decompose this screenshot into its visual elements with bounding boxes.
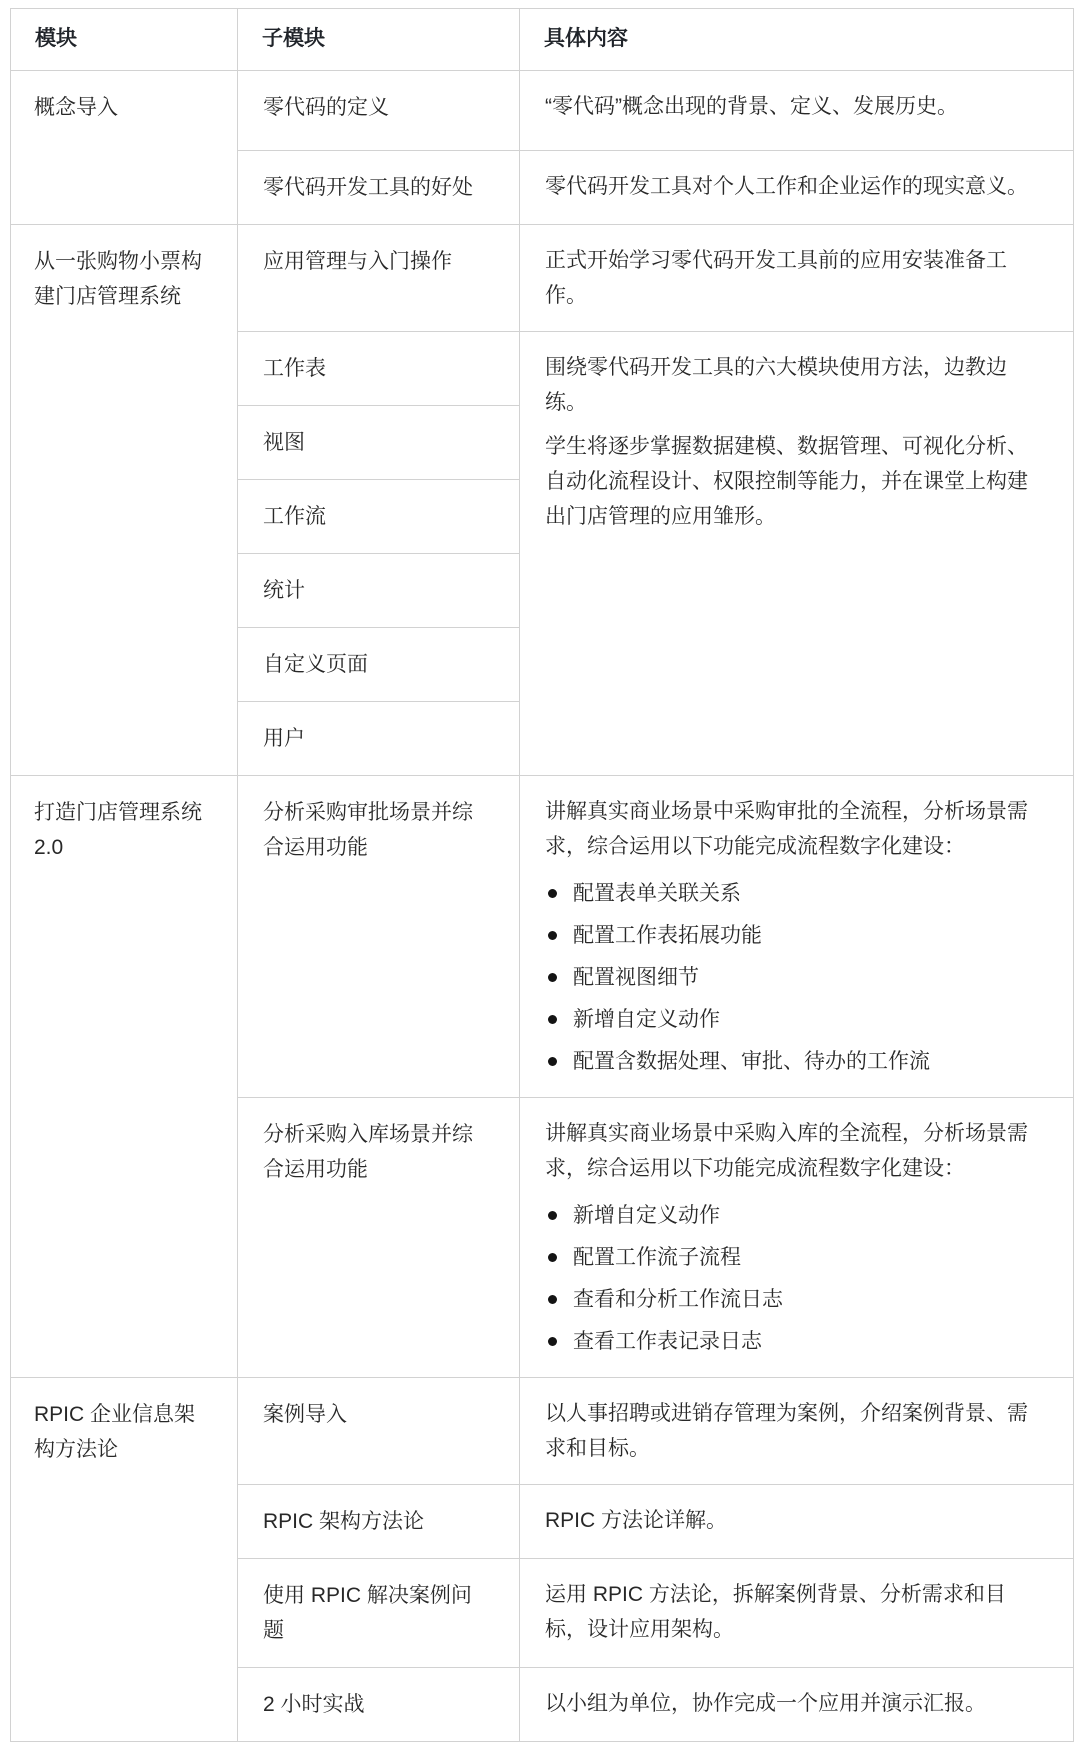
bullet-item: 查看工作表记录日志 xyxy=(545,1324,1029,1359)
bullet-list: 新增自定义动作配置工作流子流程查看和分析工作流日志查看工作表记录日志 xyxy=(545,1198,1029,1359)
course-outline-table: 模块 子模块 具体内容 概念导入零代码的定义“零代码”概念出现的背景、定义、发展… xyxy=(10,8,1074,1742)
content-cell: 以人事招聘或进销存管理为案例，介绍案例背景、需求和目标。 xyxy=(520,1378,1074,1485)
content-paragraph: 以小组为单位，协作完成一个应用并演示汇报。 xyxy=(545,1686,1029,1721)
content-paragraph: 讲解真实商业场景中采购入库的全流程，分析场景需求，综合运用以下功能完成流程数字化… xyxy=(545,1116,1029,1186)
content-paragraph: 讲解真实商业场景中采购审批的全流程，分析场景需求，综合运用以下功能完成流程数字化… xyxy=(545,794,1029,864)
bullet-list: 配置表单关联关系配置工作表拓展功能配置视图细节新增自定义动作配置含数据处理、审批… xyxy=(545,876,1029,1079)
bullet-text: 配置表单关联关系 xyxy=(573,882,741,905)
bullet-dot-icon xyxy=(548,1337,557,1346)
submodule-cell: 应用管理与入门操作 xyxy=(238,225,520,332)
module-cell: 打造门店管理系统 2.0 xyxy=(11,776,238,1378)
submodule-cell: 零代码开发工具的好处 xyxy=(238,151,520,225)
bullet-text: 配置含数据处理、审批、待办的工作流 xyxy=(573,1050,930,1073)
bullet-dot-icon xyxy=(548,931,557,940)
table-row: 从一张购物小票构建门店管理系统应用管理与入门操作正式开始学习零代码开发工具前的应… xyxy=(11,225,1074,332)
bullet-item: 配置工作表拓展功能 xyxy=(545,918,1029,953)
submodule-cell: 2 小时实战 xyxy=(238,1668,520,1742)
content-cell: 零代码开发工具对个人工作和企业运作的现实意义。 xyxy=(520,151,1074,225)
table-body: 概念导入零代码的定义“零代码”概念出现的背景、定义、发展历史。零代码开发工具的好… xyxy=(11,71,1074,1742)
bullet-text: 查看和分析工作流日志 xyxy=(573,1288,783,1311)
module-title: RPIC 企业信息架构方法论 xyxy=(34,1397,209,1467)
bullet-dot-icon xyxy=(548,1253,557,1262)
content-paragraph: 围绕零代码开发工具的六大模块使用方法，边教边练。 xyxy=(545,350,1029,420)
content-paragraph: 运用 RPIC 方法论，拆解案例背景、分析需求和目标，设计应用架构。 xyxy=(545,1577,1029,1647)
bullet-text: 配置工作表拓展功能 xyxy=(573,924,762,947)
table-row: 概念导入零代码的定义“零代码”概念出现的背景、定义、发展历史。 xyxy=(11,71,1074,151)
module-title: 概念导入 xyxy=(34,90,209,125)
table-row: 打造门店管理系统 2.0分析采购审批场景并综合运用功能讲解真实商业场景中采购审批… xyxy=(11,776,1074,1098)
content-cell: 围绕零代码开发工具的六大模块使用方法，边教边练。学生将逐步掌握数据建模、数据管理… xyxy=(520,332,1074,776)
content-paragraph: “零代码”概念出现的背景、定义、发展历史。 xyxy=(545,89,1029,124)
course-outline-page: 模块 子模块 具体内容 概念导入零代码的定义“零代码”概念出现的背景、定义、发展… xyxy=(0,0,1080,1748)
submodule-cell: 统计 xyxy=(238,554,520,628)
module-cell: 从一张购物小票构建门店管理系统 xyxy=(11,225,238,776)
content-paragraph: 零代码开发工具对个人工作和企业运作的现实意义。 xyxy=(545,169,1029,204)
header-row: 模块 子模块 具体内容 xyxy=(11,9,1074,71)
submodule-cell: 工作流 xyxy=(238,480,520,554)
bullet-dot-icon xyxy=(548,1295,557,1304)
bullet-dot-icon xyxy=(548,1211,557,1220)
submodule-cell: 零代码的定义 xyxy=(238,71,520,151)
submodule-cell: RPIC 架构方法论 xyxy=(238,1485,520,1559)
submodule-cell: 视图 xyxy=(238,406,520,480)
submodule-cell: 用户 xyxy=(238,702,520,776)
content-cell: RPIC 方法论详解。 xyxy=(520,1485,1074,1559)
bullet-text: 新增自定义动作 xyxy=(573,1204,720,1227)
bullet-dot-icon xyxy=(548,889,557,898)
bullet-dot-icon xyxy=(548,1057,557,1066)
submodule-cell: 分析采购审批场景并综合运用功能 xyxy=(238,776,520,1098)
bullet-text: 查看工作表记录日志 xyxy=(573,1330,762,1353)
bullet-dot-icon xyxy=(548,973,557,982)
bullet-item: 配置表单关联关系 xyxy=(545,876,1029,911)
bullet-item: 新增自定义动作 xyxy=(545,1198,1029,1233)
content-cell: 正式开始学习零代码开发工具前的应用安装准备工作。 xyxy=(520,225,1074,332)
content-paragraph: 学生将逐步掌握数据建模、数据管理、可视化分析、自动化流程设计、权限控制等能力，并… xyxy=(545,429,1029,534)
module-cell: RPIC 企业信息架构方法论 xyxy=(11,1378,238,1742)
content-cell: 讲解真实商业场景中采购审批的全流程，分析场景需求，综合运用以下功能完成流程数字化… xyxy=(520,776,1074,1098)
column-header-content: 具体内容 xyxy=(520,9,1074,71)
bullet-text: 新增自定义动作 xyxy=(573,1008,720,1031)
submodule-cell: 案例导入 xyxy=(238,1378,520,1485)
bullet-item: 配置视图细节 xyxy=(545,960,1029,995)
module-title: 从一张购物小票构建门店管理系统 xyxy=(34,244,209,314)
submodule-cell: 自定义页面 xyxy=(238,628,520,702)
content-cell: 讲解真实商业场景中采购入库的全流程，分析场景需求，综合运用以下功能完成流程数字化… xyxy=(520,1098,1074,1378)
bullet-item: 配置工作流子流程 xyxy=(545,1240,1029,1275)
content-paragraph: 正式开始学习零代码开发工具前的应用安装准备工作。 xyxy=(545,243,1029,313)
column-header-module: 模块 xyxy=(11,9,238,71)
table-row: RPIC 企业信息架构方法论案例导入以人事招聘或进销存管理为案例，介绍案例背景、… xyxy=(11,1378,1074,1485)
bullet-item: 新增自定义动作 xyxy=(545,1002,1029,1037)
bullet-item: 查看和分析工作流日志 xyxy=(545,1282,1029,1317)
content-cell: “零代码”概念出现的背景、定义、发展历史。 xyxy=(520,71,1074,151)
content-paragraph: 以人事招聘或进销存管理为案例，介绍案例背景、需求和目标。 xyxy=(545,1396,1029,1466)
submodule-cell: 工作表 xyxy=(238,332,520,406)
module-title: 打造门店管理系统 2.0 xyxy=(34,795,209,865)
bullet-text: 配置工作流子流程 xyxy=(573,1246,741,1269)
content-paragraph: RPIC 方法论详解。 xyxy=(545,1503,1029,1538)
content-cell: 运用 RPIC 方法论，拆解案例背景、分析需求和目标，设计应用架构。 xyxy=(520,1559,1074,1668)
bullet-dot-icon xyxy=(548,1015,557,1024)
column-header-submodule: 子模块 xyxy=(238,9,520,71)
bullet-text: 配置视图细节 xyxy=(573,966,699,989)
bullet-item: 配置含数据处理、审批、待办的工作流 xyxy=(545,1044,1029,1079)
module-cell: 概念导入 xyxy=(11,71,238,225)
content-cell: 以小组为单位，协作完成一个应用并演示汇报。 xyxy=(520,1668,1074,1742)
submodule-cell: 使用 RPIC 解决案例问题 xyxy=(238,1559,520,1668)
submodule-cell: 分析采购入库场景并综合运用功能 xyxy=(238,1098,520,1378)
